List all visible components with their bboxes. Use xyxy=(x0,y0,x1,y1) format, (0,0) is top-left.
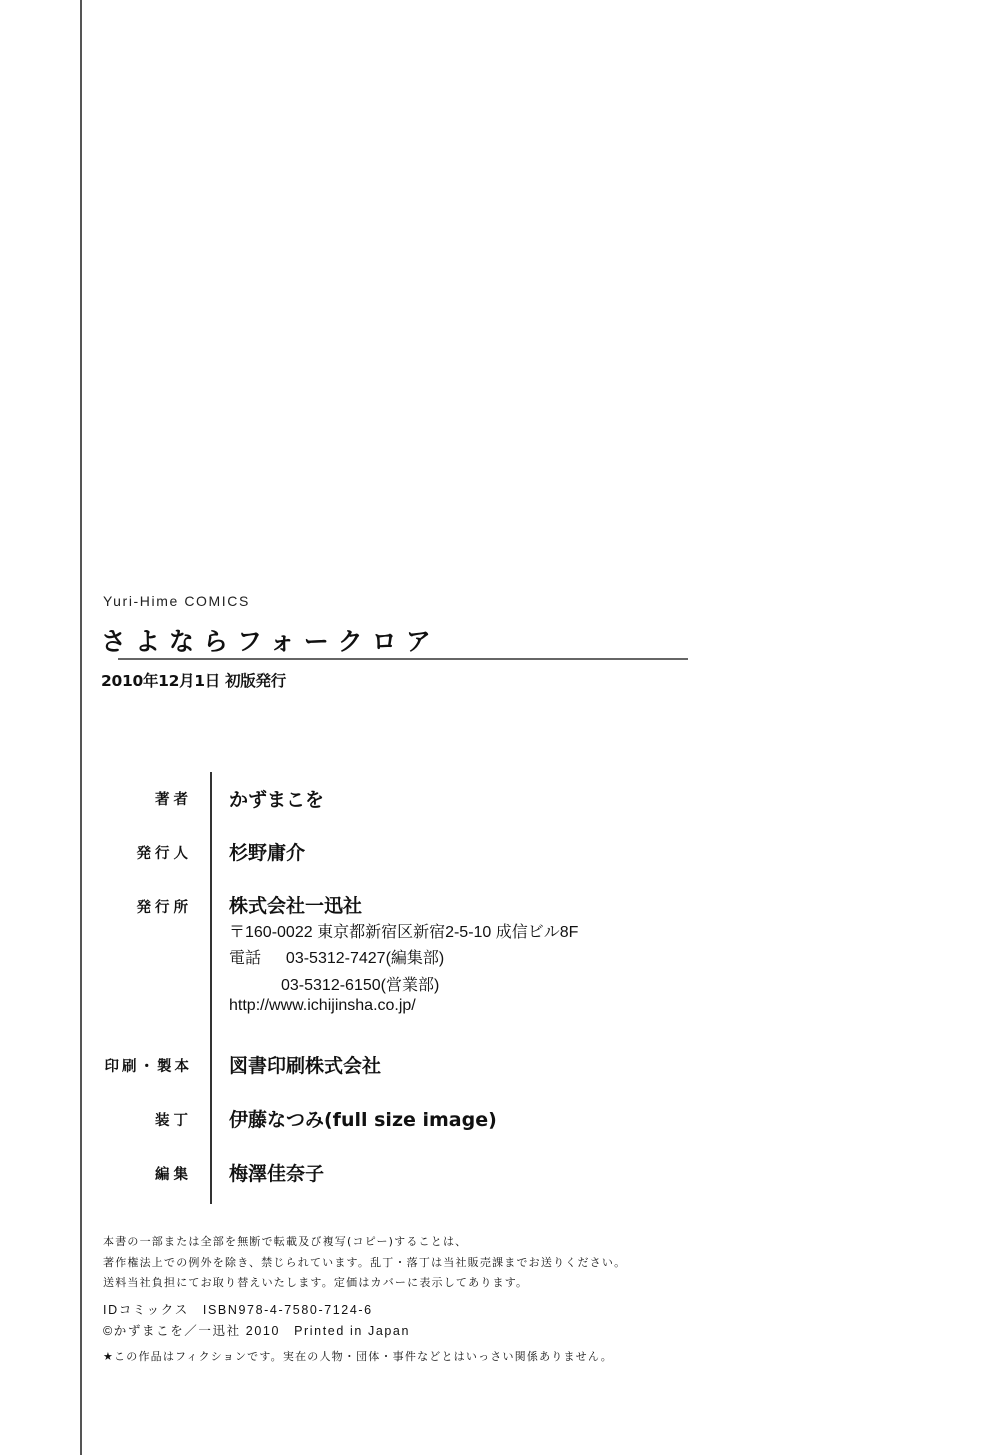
publisher-value: 株式会社一迅社 xyxy=(229,891,362,918)
isbn-line: IDコミックス ISBN978-4-7580-7124-6 xyxy=(103,1300,373,1318)
design-label: 装丁 xyxy=(155,1109,192,1130)
publisher-person-value: 杉野庸介 xyxy=(229,838,305,865)
publisher-phone-row: 電話 03-5312-7427(編集部) xyxy=(229,945,444,968)
copyright-notice-line-1: 本書の一部または全部を無断で転載及び複写(コピー)することは、 xyxy=(103,1233,467,1249)
author-value: かずまこを xyxy=(229,785,324,812)
fiction-disclaimer: ★この作品はフィクションです。実在の人物・団体・事件などとはいっさい関係ありませ… xyxy=(103,1348,613,1364)
publication-date: 2010年12月1日 初版発行 xyxy=(101,669,286,691)
publisher-person-label: 発行人 xyxy=(137,842,193,863)
author-label: 著者 xyxy=(155,788,192,809)
publisher-label: 発行所 xyxy=(137,896,193,917)
printing-value: 図書印刷株式会社 xyxy=(229,1051,381,1078)
copyright-notice-line-3: 送料当社負担にてお取り替えいたします。定価はカバーに表示してあります。 xyxy=(103,1274,528,1290)
phone-editorial: 03-5312-7427(編集部) xyxy=(286,950,444,967)
phone-sales: 03-5312-6150(営業部) xyxy=(281,972,439,995)
book-title: さよならフォークロア xyxy=(101,622,440,658)
publisher-url[interactable]: http://www.ichijinsha.co.jp/ xyxy=(229,997,416,1015)
title-underline xyxy=(118,658,688,660)
phone-label: 電話 xyxy=(229,950,261,967)
publisher-address: 〒160-0022 東京都新宿区新宿2-5-10 成信ビル8F xyxy=(229,919,578,942)
copyright-line: ©かずまこを／一迅社 2010 Printed in Japan xyxy=(103,1321,410,1339)
editor-value: 梅澤佳奈子 xyxy=(229,1159,324,1186)
printing-label: 印刷・製本 xyxy=(105,1055,193,1076)
colophon-divider xyxy=(210,772,212,1204)
editor-label: 編集 xyxy=(155,1163,192,1184)
design-value: 伊藤なつみ(full size image) xyxy=(229,1105,497,1132)
series-label: Yuri-Hime COMICS xyxy=(103,593,250,609)
copyright-notice-line-2: 著作権法上での例外を除き、禁じられています。乱丁・落丁は当社販売課までお送りくだ… xyxy=(103,1254,626,1270)
page-edge-line xyxy=(80,0,82,1455)
